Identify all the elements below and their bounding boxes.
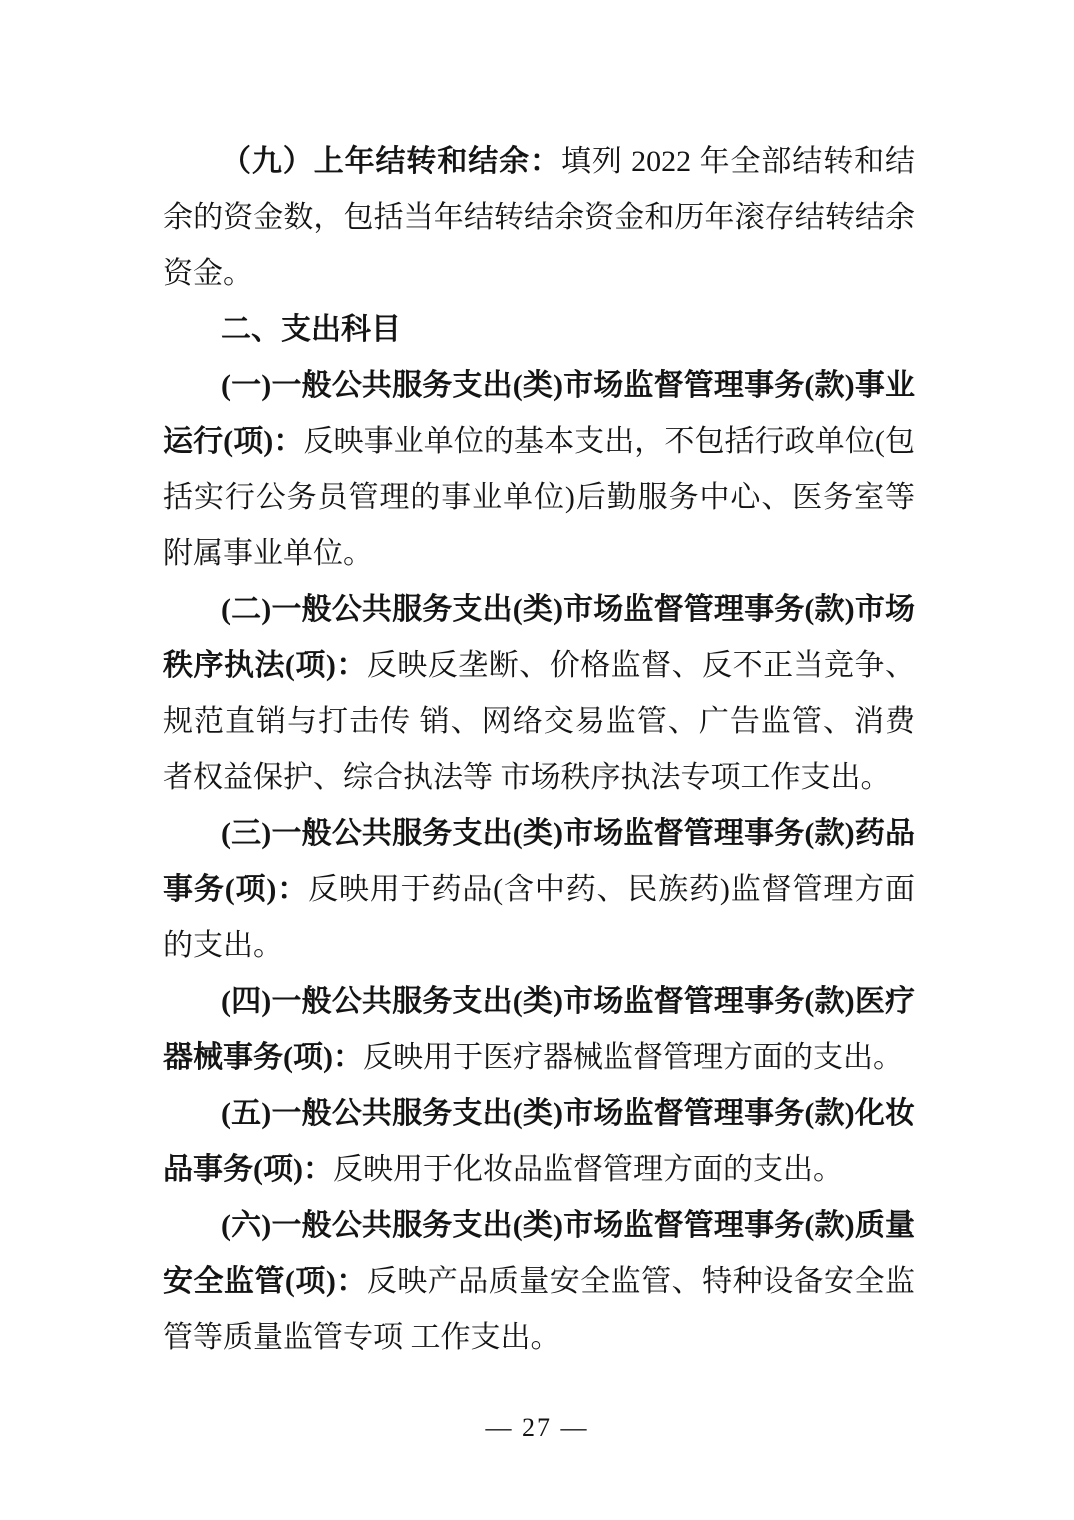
paragraph-body: 反映用于医疗器械监督管理方面的支出。 [363, 1041, 903, 1074]
page-content: （九）上年结转和结余：填列 2022 年全部结转和结余的资金数，包括当年结转结余… [163, 134, 915, 1366]
paragraph-item-9: （九）上年结转和结余：填列 2022 年全部结转和结余的资金数，包括当年结转结余… [163, 134, 915, 302]
paragraph-item-5: (五)一般公共服务支出(类)市场监督管理事务(款)化妆品事务(项)：反映用于化妆… [163, 1086, 915, 1198]
paragraph-item-6: (六)一般公共服务支出(类)市场监督管理事务(款)质量安全监管(项)：反映产品质… [163, 1198, 915, 1366]
paragraph-lead: （九）上年结转和结余： [221, 145, 561, 178]
page-number: — 27 — [0, 1400, 1074, 1456]
paragraph-item-1: (一)一般公共服务支出(类)市场监督管理事务(款)事业运行(项)：反映事业单位的… [163, 358, 915, 582]
document-page: （九）上年结转和结余：填列 2022 年全部结转和结余的资金数，包括当年结转结余… [0, 0, 1074, 1520]
paragraph-item-4: (四)一般公共服务支出(类)市场监督管理事务(款)医疗器械事务(项)：反映用于医… [163, 974, 915, 1086]
section-heading-expenditure: 二、支出科目 [163, 302, 915, 358]
paragraph-item-3: (三)一般公共服务支出(类)市场监督管理事务(款)药品事务(项)：反映用于药品(… [163, 806, 915, 974]
paragraph-item-2: (二)一般公共服务支出(类)市场监督管理事务(款)市场秩序执法(项)：反映反垄断… [163, 582, 915, 806]
paragraph-body: 反映用于化妆品监督管理方面的支出。 [333, 1153, 843, 1186]
